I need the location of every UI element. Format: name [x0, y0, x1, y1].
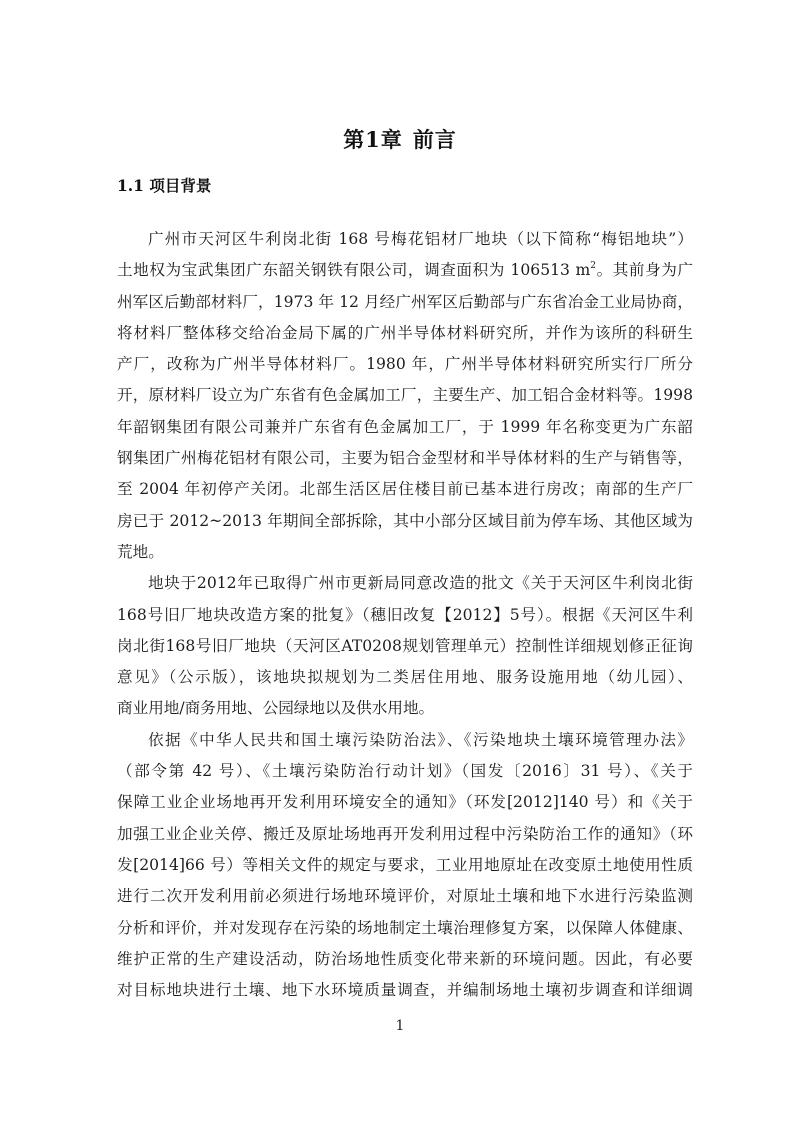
text-line: 州军区后勤部材料厂，1973 年 12 月经广州军区后勤部与广东省冶金工业局协商…: [117, 287, 693, 318]
text-line: 产厂，改称为广州半导体材料厂。1980 年，广州半导体材料研究所实行厂所分: [117, 349, 693, 380]
chapter-name: 前言: [413, 127, 457, 152]
body-text: 广州市天河区牛利岗北街 168 号梅花铝材厂地块（以下简称“梅铝地块”） 土地权…: [117, 224, 693, 1006]
text-line: 土地权为宝武集团广东韶关钢铁有限公司，调查面积为 106513 m2。其前身为广: [117, 255, 693, 286]
text-line: 进行二次开发利用前必须进行场地环境评价，对原址土壤和地下水进行污染监测: [117, 881, 693, 912]
text-line: 荒地。: [117, 537, 693, 568]
text-line: 年韶钢集团有限公司兼并广东省有色金属加工厂，于 1999 年名称变更为广东韶: [117, 412, 693, 443]
text-line: 将材料厂整体移交给冶金局下属的广州半导体材料研究所，并作为该所的科研生: [117, 318, 693, 349]
page-number: 1: [0, 1018, 800, 1034]
text-span: 。其前身为广: [596, 261, 693, 279]
chapter-number: 第1章: [343, 127, 403, 152]
chapter-title: 第1章前言: [0, 124, 800, 154]
text-line: 岗北街168号旧厂地块（天河区AT0208规划管理单元）控制性详细规划修正征询: [117, 631, 693, 662]
text-line: （部令第 42 号）、《土壤污染防治行动计划》（国发〔2016〕31 号）、《关…: [117, 756, 693, 787]
paragraph-3: 依据《中华人民共和国土壤污染防治法》、《污染地块土壤环境管理办法》 （部令第 4…: [117, 725, 693, 1007]
text-line: 至 2004 年初停产关闭。北部生活区居住楼目前已基本进行房改；南部的生产厂: [117, 474, 693, 505]
paragraph-1: 广州市天河区牛利岗北街 168 号梅花铝材厂地块（以下简称“梅铝地块”） 土地权…: [117, 224, 693, 568]
text-line: 商业用地/商务用地、公园绿地以及供水用地。: [117, 693, 693, 724]
text-line: 意见》（公示版），该地块拟规划为二类居住用地、服务设施用地（幼儿园）、: [117, 662, 693, 693]
text-line: 钢集团广州梅花铝材有限公司，主要为铝合金型材和半导体材料的生产与销售等，: [117, 443, 693, 474]
text-line: 加强工业企业关停、搬迁及原址场地再开发利用过程中污染防治工作的通知》（环: [117, 819, 693, 850]
text-line: 发[2014]66 号）等相关文件的规定与要求，工业用地原址在改变原土地使用性质: [117, 850, 693, 881]
text-line: 对目标地块进行土壤、地下水环境质量调查，并编制场地土壤初步调查和详细调: [117, 975, 693, 1006]
text-span: 土地权为宝武集团广东韶关钢铁有限公司，调查面积为 106513 m: [117, 261, 590, 279]
text-line: 依据《中华人民共和国土壤污染防治法》、《污染地块土壤环境管理办法》: [117, 725, 693, 756]
text-line: 地块于2012年已取得广州市更新局同意改造的批文《关于天河区牛利岗北街: [117, 568, 693, 599]
section-heading: 1.1 项目背景: [117, 174, 211, 196]
text-line: 168号旧厂地块改造方案的批复》（穗旧改复【2012】5号）。根据《天河区牛利: [117, 600, 693, 631]
text-line: 房已于 2012~2013 年期间全部拆除，其中小部分区域目前为停车场、其他区域…: [117, 506, 693, 537]
text-line: 保障工业企业场地再开发利用环境安全的通知》（环发[2012]140 号）和《关于: [117, 787, 693, 818]
document-page: 第1章前言 1.1 项目背景 广州市天河区牛利岗北街 168 号梅花铝材厂地块（…: [0, 0, 800, 1131]
text-line: 开，原材料厂设立为广东省有色金属加工厂，主要生产、加工铝合金材料等。1998: [117, 380, 693, 411]
text-line: 维护正常的生产建设活动，防治场地性质变化带来新的环境问题。因此，有必要: [117, 944, 693, 975]
text-line: 广州市天河区牛利岗北街 168 号梅花铝材厂地块（以下简称“梅铝地块”）: [117, 224, 693, 255]
paragraph-2: 地块于2012年已取得广州市更新局同意改造的批文《关于天河区牛利岗北街 168号…: [117, 568, 693, 724]
text-line: 分析和评价，并对发现存在污染的场地制定土壤治理修复方案，以保障人体健康、: [117, 913, 693, 944]
